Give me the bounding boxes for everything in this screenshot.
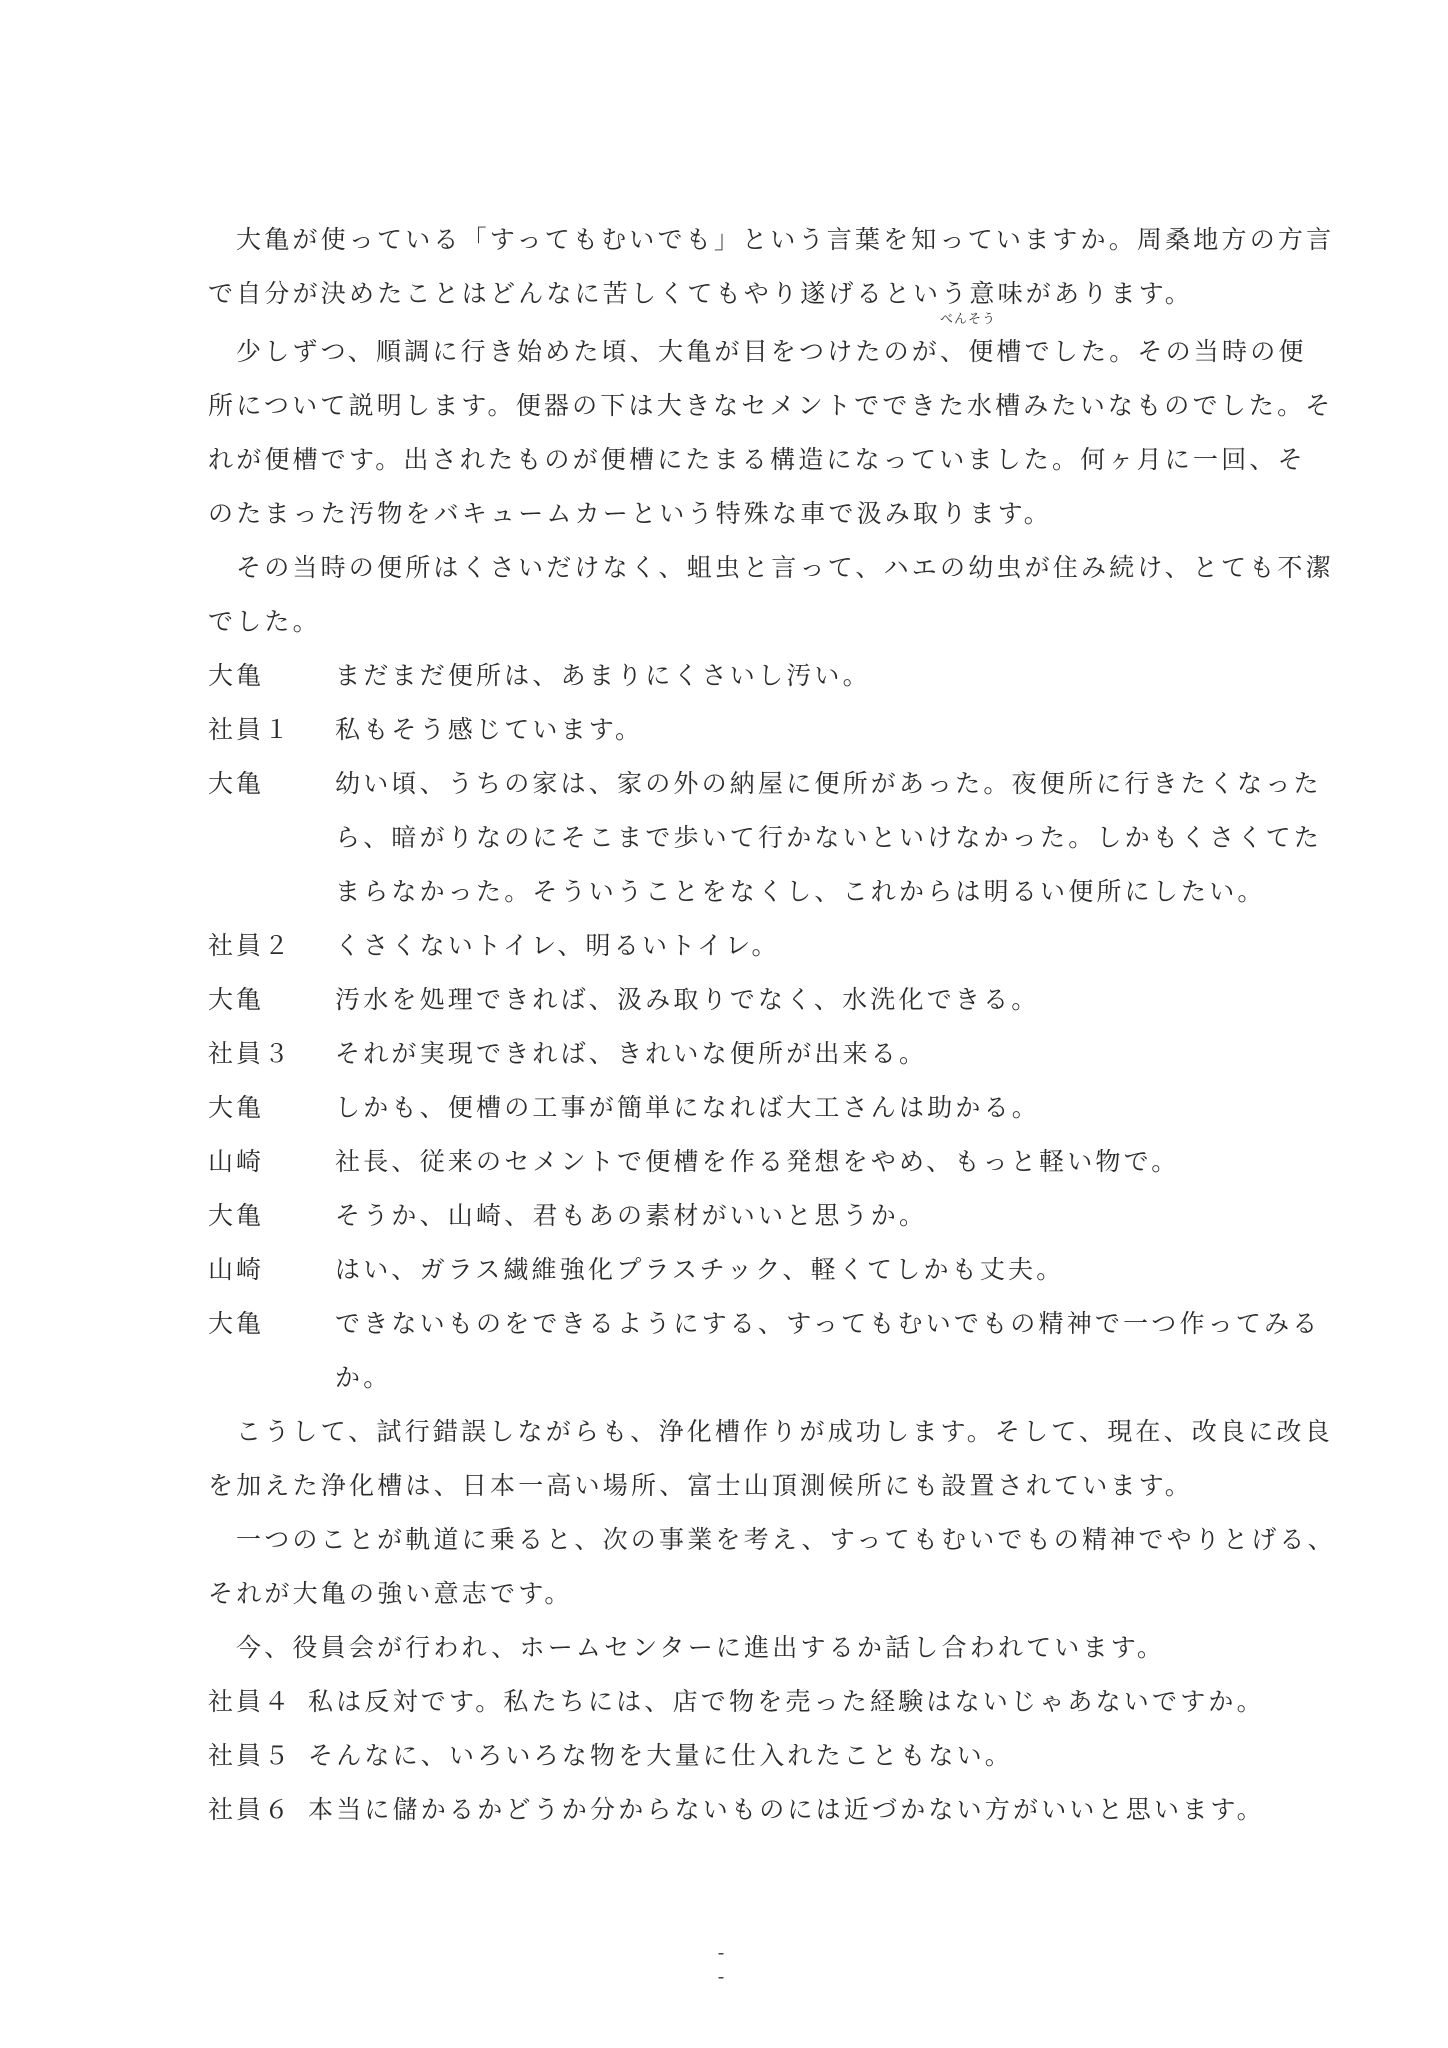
paragraph-5-line-2: それが大亀の強い意志です。 [208,1574,573,1614]
speaker-label: 大亀 [208,1196,264,1236]
speaker-label: 社員４ [208,1682,292,1722]
speech-line: そんなに、いろいろな物を大量に仕入れたこともない。 [308,1736,1013,1776]
paragraph-2-line-2: 所について説明します。便器の下は大きなセメントでできた水槽みたいなものでした。そ [208,386,1334,426]
speech-line: まだまだ便所は、あまりにくさいし汚い。 [335,656,871,696]
speaker-label: 社員５ [208,1736,292,1776]
document-page: 大亀が使っている「すってもむいでも」という言葉を知っていますか。周桑地方の方言 … [0,0,1448,2048]
paragraph-5-line-1: 一つのことが軌道に乗ると、次の事業を考え、すってもむいでもの精神でやりとげる、 [236,1520,1336,1560]
speech-line: それが実現できれば、きれいな便所が出来る。 [335,1034,927,1074]
speaker-label: 大亀 [208,1304,264,1344]
speech-line: そうか、山崎、君もあの素材がいいと思うか。 [335,1196,927,1236]
speaker-label: 社員６ [208,1790,292,1830]
paragraph-3-line-1: その当時の便所はくさいだけなく、蛆虫と言って、ハエの幼虫が住み続け、とても不潔 [236,548,1334,588]
speaker-label: 大亀 [208,980,264,1020]
paragraph-3-line-2: でした。 [208,602,321,642]
speaker-label: 社員２ [208,926,292,966]
paragraph-1-line-1: 大亀が使っている「すってもむいでも」という言葉を知っていますか。周桑地方の方言 [236,220,1334,260]
paragraph-2-line-4: のたまった汚物をバキュームカーという特殊な車で汲み取ります。 [208,494,1052,534]
speaker-label: 山崎 [208,1250,264,1290]
paragraph-2-line-1: 少しずつ、順調に行き始めた頃、大亀が目をつけたのが、便槽でした。その当時の便 [236,332,1307,372]
speech-line: ら、暗がりなのにそこまで歩いて行かないといけなかった。しかもくさくてた [335,818,1322,858]
speech-line: できないものをできるようにする、すってもむいでもの精神で一つ作ってみる [335,1304,1321,1344]
page-number: - - [700,1940,760,1988]
speech-line: しかも、便槽の工事が簡単になれば大工さんは助かる。 [335,1088,1040,1128]
speech-line: 本当に儲かるかどうか分からないものには近づかない方がいいと思います。 [308,1790,1265,1830]
speaker-label: 大亀 [208,764,264,804]
paragraph-6-line-1: 今、役員会が行われ、ホームセンターに進出するか話し合われています。 [236,1628,1165,1668]
speech-line: 私もそう感じています。 [335,710,643,750]
speaker-label: 社員３ [208,1034,292,1074]
speech-line: 社長、従来のセメントで便槽を作る発想をやめ、もっと軽い物で。 [335,1142,1180,1182]
speech-line: くさくないトイレ、明るいトイレ。 [335,926,780,966]
paragraph-1-line-2: で自分が決めたことはどんなに苦しくてもやり遂げるという意味があります。 [208,274,1193,314]
speech-line: 汚水を処理できれば、汲み取りでなく、水洗化できる。 [335,980,1040,1020]
speech-line: か。 [335,1358,391,1398]
speech-line: 幼い頃、うちの家は、家の外の納屋に便所があった。夜便所に行きたくなった [335,764,1322,804]
speaker-label: 大亀 [208,656,264,696]
paragraph-4-line-1: こうして、試行錯誤しながらも、浄化槽作りが成功します。そして、現在、改良に改良 [236,1412,1333,1452]
speech-line: まらなかった。そういうことをなくし、これからは明るい便所にしたい。 [335,872,1266,912]
speaker-label: 山崎 [208,1142,264,1182]
speaker-label: 社員１ [208,710,292,750]
speech-line: はい、ガラス繊維強化プラスチック、軽くてしかも丈夫。 [335,1250,1064,1290]
paragraph-4-line-2: を加えた浄化槽は、日本一高い場所、富士山頂測候所にも設置されています。 [208,1466,1193,1506]
paragraph-2-line-3: れが便槽です。出されたものが便槽にたまる構造になっていました。何ヶ月に一回、そ [208,440,1306,480]
ruby-reading-bensou: べんそう [940,312,996,328]
speaker-label: 大亀 [208,1088,264,1128]
speech-line: 私は反対です。私たちには、店で物を売った経験はないじゃあないですか。 [308,1682,1265,1722]
